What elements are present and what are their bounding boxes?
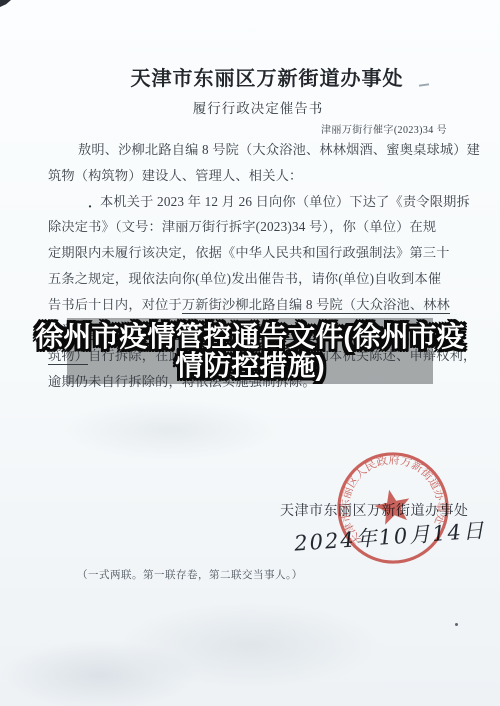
body-text: 除决定书》（文号：津丽万街行拆字(2023)34 号），你（单位）在规 (48, 219, 436, 234)
body-line: 五条之规定，现依法向你(单位)发出催告书，请你(单位)自收到本催 (48, 266, 458, 292)
paper-smudge (0, 640, 200, 706)
body-line: 本机关于 2023 年 12 月 26 日向你（单位）下达了《责令限期拆 (48, 189, 458, 215)
paper-smudge (120, 600, 380, 690)
body-text: 本机关于 2023 年 12 月 26 日向你（单位）下达了《责令限期拆 (100, 194, 470, 209)
body-text: 定期限内未履行该决定，依据《中华人民共和国行政强制法》第三十 (48, 245, 450, 260)
body-line: 告书后十日内，对位于万新街沙柳北路自编 8 号院（大众浴池、林林 (48, 292, 458, 318)
watermark-title-line1: 徐州市疫情管控通告文件(徐州市疫 (0, 322, 500, 352)
paper-smudge (60, 400, 280, 460)
scan-artifact-dot (455, 623, 458, 626)
body-text: 敖明、沙柳北路自编 8 号院（大众浴池、林林烟酒、蜜奥桌球城）建 (78, 142, 480, 157)
watermark-title: 徐州市疫情管控通告文件(徐州市疫 情防控措施) (0, 322, 500, 380)
body-line: 筑物（构筑物）建设人、管理人、相关人： (48, 163, 458, 189)
document-subtitle: 履行行政决定催告书 (8, 97, 500, 117)
body-text: 告书后十日内，对位于 (48, 297, 182, 312)
document-title: 天津市东丽区万新街道办事处 (17, 62, 500, 91)
body-line: 除决定书》（文号：津丽万街行拆字(2023)34 号），你（单位）在规 (48, 214, 458, 240)
body-line: 定期限内未履行该决定，依据《中华人民共和国行政强制法》第三十 (48, 240, 458, 266)
document-number: 津丽万街行催字(2023)34 号 (321, 121, 447, 136)
seal-star-icon (372, 486, 414, 526)
body-text: 五条之规定，现依法向你(单位)发出催告书，请你(单位)自收到本催 (48, 271, 441, 286)
body-line: 敖明、沙柳北路自编 8 号院（大众浴池、林林烟酒、蜜奥桌球城）建 (48, 137, 458, 163)
scanned-document-page: 天津市东丽区万新街道办事处 履行行政决定催告书 津丽万街行催字(2023)34 … (0, 0, 500, 706)
official-red-seal: 天津市东丽区人民政府万新街道办事处 (323, 438, 463, 578)
footer-copies-note: （一式两联。第一联存卷，第二联交当事人。） (77, 567, 303, 582)
scan-artifact-corner-speck (0, 0, 11, 7)
watermark-title-line2: 情防控措施) (0, 352, 500, 380)
body-text: 筑物（构筑物）建设人、管理人、相关人： (48, 168, 302, 183)
body-text-underlined: 万新街沙柳北路自编 8 号院（大众浴池、林林 (182, 297, 450, 314)
